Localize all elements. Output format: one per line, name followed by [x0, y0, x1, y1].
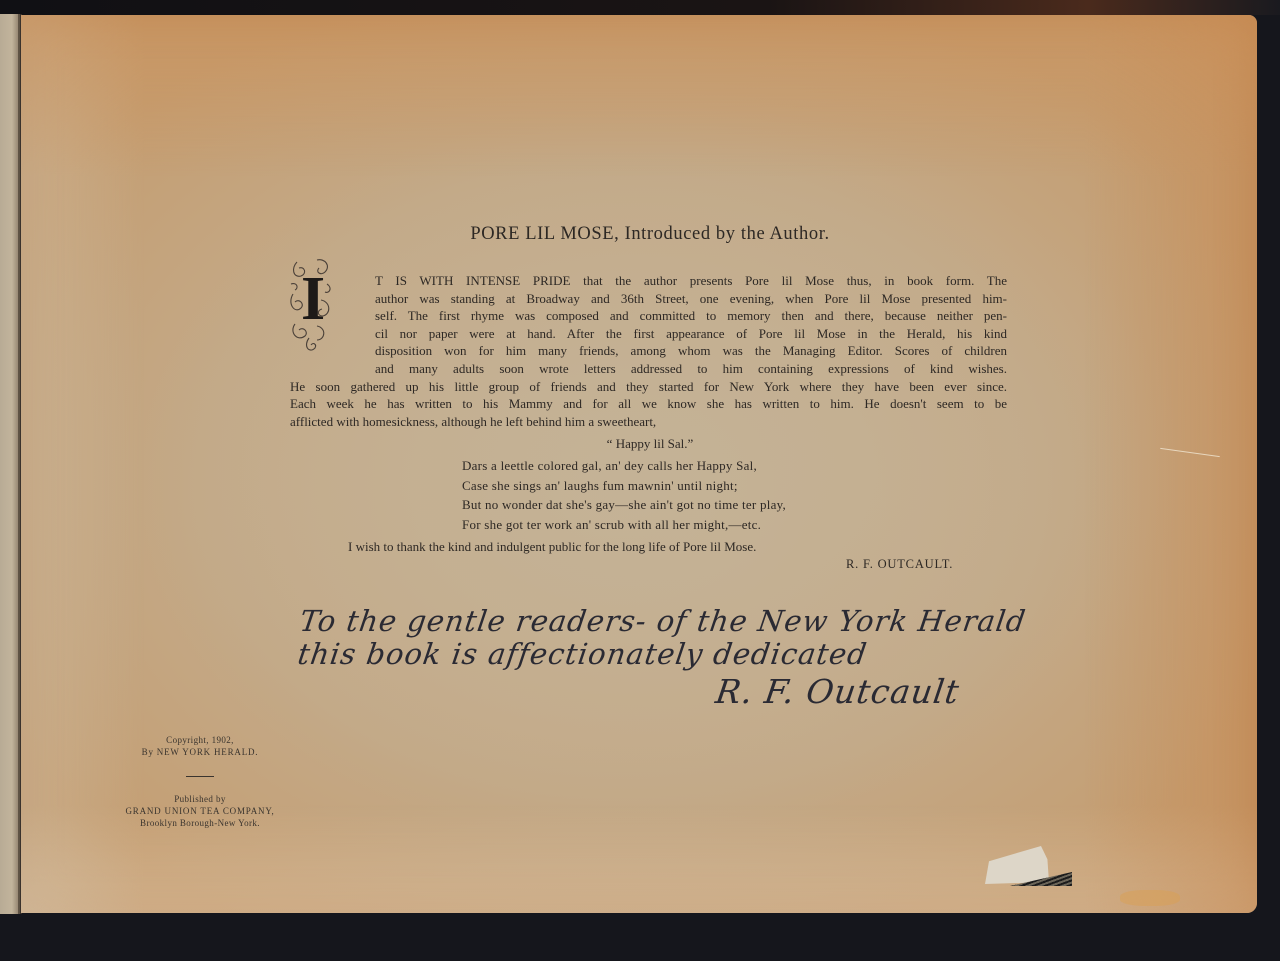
publisher-location: Brooklyn Borough-New York. — [110, 817, 290, 829]
printed-author-signature: R. F. OUTCAULT. — [846, 557, 953, 572]
paragraph-line: and many adults soon wrote letters addre… — [375, 360, 1007, 378]
paragraph-line: He soon gathered up his little group of … — [290, 378, 1007, 396]
paragraph-line: cil nor paper were at hand. After the fi… — [375, 325, 1007, 343]
poem-line: Dars a leettle colored gal, an' dey call… — [462, 456, 882, 476]
intro-paragraph: T IS WITH INTENSE PRIDE that the author … — [290, 272, 1007, 430]
page-title: PORE LIL MOSE, Introduced by the Author. — [280, 224, 1020, 245]
flyleaf-edge — [0, 14, 20, 914]
poem-verse: Dars a leettle colored gal, an' dey call… — [462, 456, 882, 534]
imprint-divider — [186, 776, 214, 777]
paragraph-line: author was standing at Broadway and 36th… — [375, 290, 1007, 308]
poem-title: “ Happy lil Sal.” — [440, 436, 860, 452]
paragraph-line: self. The first rhyme was composed and c… — [375, 307, 1007, 325]
poem-line: But no wonder dat she's gay—she ain't go… — [462, 495, 882, 515]
handwritten-dedication-line-2: this book is affectionately dedicated — [296, 637, 870, 671]
copyright-line: Copyright, 1902, — [110, 734, 290, 746]
handwritten-dedication-line-1: To the gentle readers- of the New York H… — [298, 604, 1029, 638]
copyright-holder: By NEW YORK HERALD. — [110, 746, 290, 758]
published-by-label: Published by — [110, 793, 290, 805]
publisher-block: Published by GRAND UNION TEA COMPANY, Br… — [110, 793, 290, 829]
publisher-name: GRAND UNION TEA COMPANY, — [110, 805, 290, 817]
photo-stage: PORE LIL MOSE, Introduced by the Author.… — [0, 0, 1280, 961]
poem-line: For she got ter work an' scrub with all … — [462, 515, 882, 535]
handwritten-signature: R. F. Outcault — [713, 672, 962, 711]
paragraph-line: Each week he has written to his Mammy an… — [290, 395, 1007, 413]
paragraph-line: afflicted with homesickness, although he… — [290, 413, 1007, 431]
copyright-block: Copyright, 1902, By NEW YORK HERALD. — [110, 734, 290, 758]
paragraph-line: disposition won for him many friends, am… — [375, 342, 1007, 360]
paragraph-line: T IS WITH INTENSE PRIDE that the author … — [375, 272, 1007, 290]
poem-line: Case she sings an' laughs fum mawnin' un… — [462, 476, 882, 496]
water-stain — [1120, 890, 1180, 906]
background-top-edge — [0, 0, 1280, 15]
thanks-line: I wish to thank the kind and indulgent p… — [348, 539, 988, 555]
